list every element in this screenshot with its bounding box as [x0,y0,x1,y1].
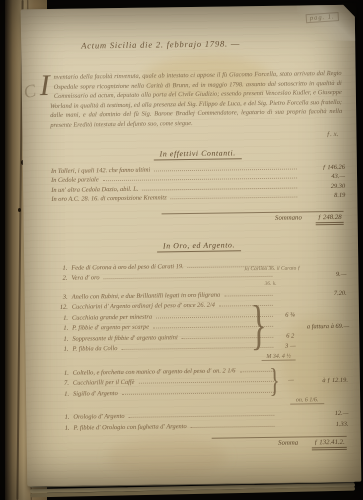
dot-leader [182,336,274,338]
dot-leader [129,415,275,418]
photo-stage: pag. 1. Actum Sicilia die 2. febbrajo 17… [0,0,363,500]
dot-leader [121,347,273,350]
appraisal-note: Ja Carlino 36. il Carato ƒ [205,266,300,273]
preamble-paragraph: C I nventario della facoltà rinvenuta, q… [50,69,343,131]
valuables-total-amount: ƒ 132.41.2. [312,439,347,450]
item-weight: 6 2 [277,331,303,342]
item-qty: 1. [53,324,72,335]
cash-label: In oro A.C. 28. 16. di composizione Krem… [51,193,166,204]
item-amount [302,265,346,266]
item-qty: 1. [53,345,72,356]
dot-leader [153,326,273,329]
dot-leader [142,187,297,190]
item-weight: 6 ¾ [277,310,303,321]
dot-leader [156,315,273,318]
dot-leader [224,294,272,296]
item-qty: 1. [53,313,72,324]
item-weight: — [278,375,304,386]
dot-leader [239,370,273,371]
cash-amount: 8.19 [301,191,345,201]
cash-total-amount: ƒ 248.28 [316,213,344,224]
item-label: P. fibbie d' Orologio con fughetta d' Ar… [73,422,186,434]
item-label: Vera d' oro [71,273,99,284]
cash-total-label: Sommano [275,214,302,221]
item-qty: 7. [54,379,73,390]
item-label: Sigillo d' Argento [73,389,118,400]
valuables-list: 1. Fede di Corona à oro del peso di Cara… [52,259,348,434]
item-amount [304,370,348,371]
margin-flourish: C [23,86,37,98]
item-amount: 12.— [304,409,348,420]
item-qty: 1. [54,368,73,379]
item-label: P. fibbia da Collo [72,344,117,355]
dot-leader [219,305,273,307]
wormhole [18,208,21,212]
item-amount [303,336,347,337]
item-label: Orologio d' Argento [73,412,124,423]
item-qty: 1. [54,423,73,434]
item-amount: 9.— [302,270,346,281]
dateline: Actum Sicilia die 2. febbrajo 1798. ― [81,37,343,51]
dot-leader [154,168,297,171]
preamble-text: nventario della facoltà rinvenuta, quale… [50,70,342,129]
item-qty: 12. [53,303,72,314]
item-qty: 2. [52,274,71,285]
manuscript-page: pag. 1. Actum Sicilia die 2. febbrajo 17… [21,5,362,487]
item-qty: 1. [54,389,73,400]
valuables-total: Somma ƒ 132.41.2. [211,436,346,452]
item-amount: 1.33. [304,419,348,430]
dot-leader [104,276,273,279]
page-number: pag. 1. [306,12,339,23]
item-amount [303,305,347,306]
cash-label: In Talleri, i quali 142. che fanno ultim… [51,165,150,176]
page-content: pag. 1. Actum Sicilia die 2. febbrajo 17… [21,5,362,487]
item-amount [303,347,347,348]
appraisal-subnote: 36. k. [265,279,277,290]
item-qty: 1. [53,334,72,345]
valuables-total-label: Somma [278,440,298,447]
dot-leader [139,381,274,384]
item-weight: 3 — [277,342,303,353]
item-amount [304,391,348,392]
dot-leader [191,425,275,427]
item-qty: 3. [53,292,72,303]
item-qty: 1. [52,263,71,274]
dot-leader [171,197,298,200]
cash-table: In Talleri, i quali 142. che fanno ultim… [51,162,346,204]
section-header-cash: In effettivi Contanti. [51,146,345,159]
item-amount [303,315,347,316]
dot-leader [122,391,274,394]
drop-cap: I [40,74,50,98]
item-amount: 7.20. [303,288,347,299]
margin-mark: ƒ. x. [50,129,338,141]
section-header-valuables: In Oro, ed Argento. [52,238,346,251]
dot-leader [103,178,297,182]
item-qty: 1. [54,413,73,424]
cash-total: Sommano ƒ 248.28 [161,210,343,227]
